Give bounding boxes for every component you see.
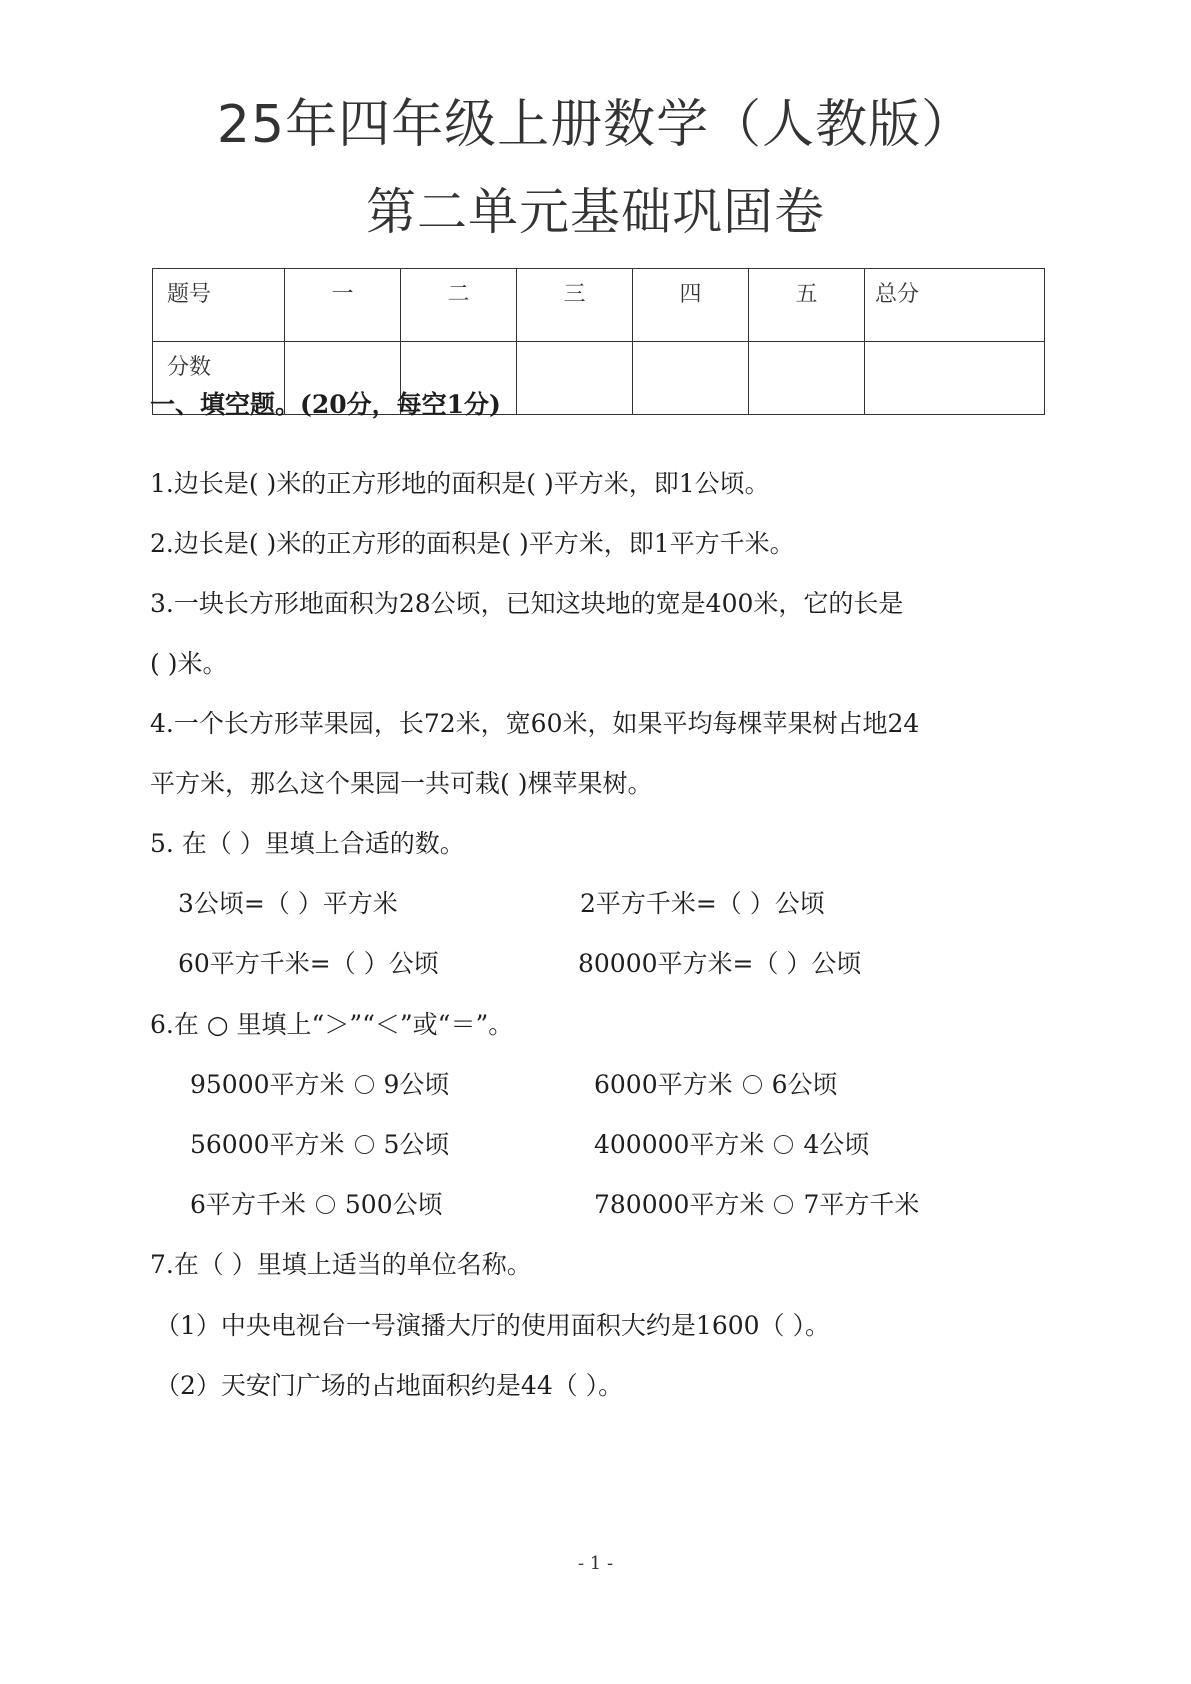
question-3-line-2: ( )米。 [150,644,227,680]
compare-circle-input[interactable] [316,1195,335,1214]
compare-left: 780000平方米 [594,1190,764,1219]
question-6-item-4: 400000平方米4公顷 [594,1125,869,1161]
question-5-item-2: 2平方千米=（ ）公顷 [580,884,825,920]
compare-right: 5公顷 [384,1130,450,1159]
score-input-total[interactable] [865,342,1045,415]
compare-left: 56000平方米 [190,1130,345,1159]
page-number: - 1 - [0,1553,1191,1574]
score-input-section-4[interactable] [633,342,749,415]
document-title: 25年四年级上册数学（人教版） [0,82,1191,157]
compare-circle-input[interactable] [774,1195,793,1214]
question-3-line-1: 3.一块长方形地面积为28公顷，已知这块地的宽是400米，它的长是 [150,584,903,620]
compare-right: 7平方千米 [803,1190,919,1219]
table-cell-section-4: 四 [633,269,749,342]
question-6-prompt: 6.在 ○ 里填上“＞”“＜”或“＝”。 [150,1005,513,1041]
table-cell-total-label: 总分 [865,269,1045,342]
question-6-item-5: 6平方千米500公顷 [190,1185,443,1221]
question-7-prompt: 7.在（ ）里填上适当的单位名称。 [150,1245,532,1281]
question-7-sub-1: （1）中央电视台一号演播大厅的使用面积大约是1600（ ）。 [155,1306,830,1342]
compare-circle-input[interactable] [355,1075,374,1094]
compare-left: 95000平方米 [190,1070,345,1099]
table-cell-section-3: 三 [517,269,633,342]
table-cell-section-2: 二 [401,269,517,342]
question-6-item-1: 95000平方米9公顷 [190,1065,449,1101]
compare-left: 400000平方米 [594,1130,764,1159]
question-7-sub-2: （2）天安门广场的占地面积约是44（ ）。 [155,1366,623,1402]
compare-right: 500公顷 [345,1190,443,1219]
question-5-item-4: 80000平方米=（ ）公顷 [578,944,861,980]
question-5-item-3: 60平方千米=（ ）公顷 [178,944,439,980]
table-cell-section-5: 五 [749,269,865,342]
table-cell-section-1: 一 [285,269,401,342]
compare-left: 6000平方米 [594,1070,733,1099]
compare-circle-input[interactable] [355,1135,374,1154]
question-1: 1.边长是( )米的正方形地的面积是( )平方米，即1公顷。 [150,464,770,500]
question-5-prompt: 5. 在（ ）里填上合适的数。 [150,824,465,860]
score-table-header-row: 题号 一 二 三 四 五 总分 [153,269,1045,342]
compare-circle-input[interactable] [774,1135,793,1154]
compare-right: 4公顷 [803,1130,869,1159]
question-4-line-1: 4.一个长方形苹果园，长72米，宽60米，如果平均每棵苹果树占地24 [150,704,919,740]
score-input-section-3[interactable] [517,342,633,415]
compare-right: 9公顷 [384,1070,450,1099]
question-6-item-2: 6000平方米6公顷 [594,1065,838,1101]
question-4-line-2: 平方米，那么这个果园一共可栽( )棵苹果树。 [150,764,652,800]
table-cell-question-number-label: 题号 [153,269,285,342]
question-2: 2.边长是( )米的正方形的面积是( )平方米，即1平方千米。 [150,524,795,560]
question-5-item-1: 3公顷=（ ）平方米 [178,884,398,920]
compare-circle-input[interactable] [743,1075,762,1094]
question-6-item-6: 780000平方米7平方千米 [594,1185,919,1221]
section-heading-fill-in: 一、填空题。(20分，每空1分) [150,385,501,421]
score-input-section-5[interactable] [749,342,865,415]
document-subtitle: 第二单元基础巩固卷 [0,172,1191,244]
question-6-item-3: 56000平方米5公顷 [190,1125,449,1161]
compare-right: 6公顷 [772,1070,838,1099]
compare-left: 6平方千米 [190,1190,306,1219]
